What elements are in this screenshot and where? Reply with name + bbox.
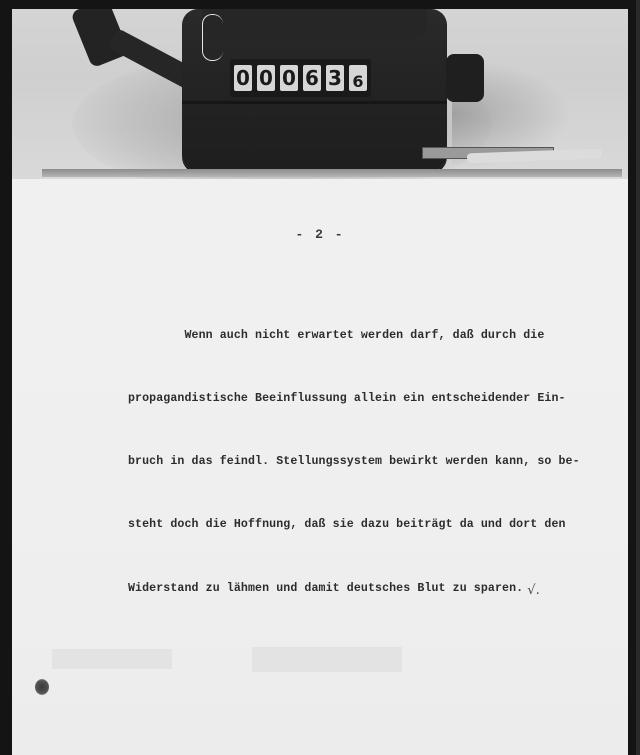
counter-knob [446,54,484,102]
paragraph-line: Wenn auch nicht erwartet werden darf, da… [128,325,618,346]
paragraph-line: propagandistische Beeinflussung allein e… [128,388,618,409]
scan-smudge [52,649,172,669]
counter-band [182,101,447,104]
paragraph-line: bruch in das feindl. Stellungssystem bew… [128,451,618,472]
film-edge [636,0,640,755]
wire [202,14,223,61]
paragraph-last-line: Widerstand zu lähmen und damit deutsches… [128,577,618,599]
counter-digit: 6 [349,65,367,91]
punch-hole [35,679,49,695]
checkmark-annotation: √. [527,580,540,601]
counter-digits: 0 0 0 6 3 6 [230,59,371,97]
scan-frame: 0 0 0 6 3 6 - 2 - Wenn auch nicht erwart… [12,9,628,755]
counter-digit: 0 [234,65,252,91]
paragraph: Wenn auch nicht erwartet werden darf, da… [128,283,618,641]
page-edge-shadow [42,169,622,177]
page-number: - 2 - [12,227,628,242]
counter-digit: 0 [257,65,275,91]
scan-smudge [252,647,402,672]
document-page: - 2 - Wenn auch nicht erwartet werden da… [12,179,628,755]
counter-top [202,9,427,39]
counter-digit: 0 [280,65,298,91]
paragraph-line: Widerstand zu lähmen und damit deutsches… [128,582,523,595]
counter-digit: 3 [326,65,344,91]
counter-digit: 6 [303,65,321,91]
paragraph-line: steht doch die Hoffnung, daß sie dazu be… [128,514,618,535]
